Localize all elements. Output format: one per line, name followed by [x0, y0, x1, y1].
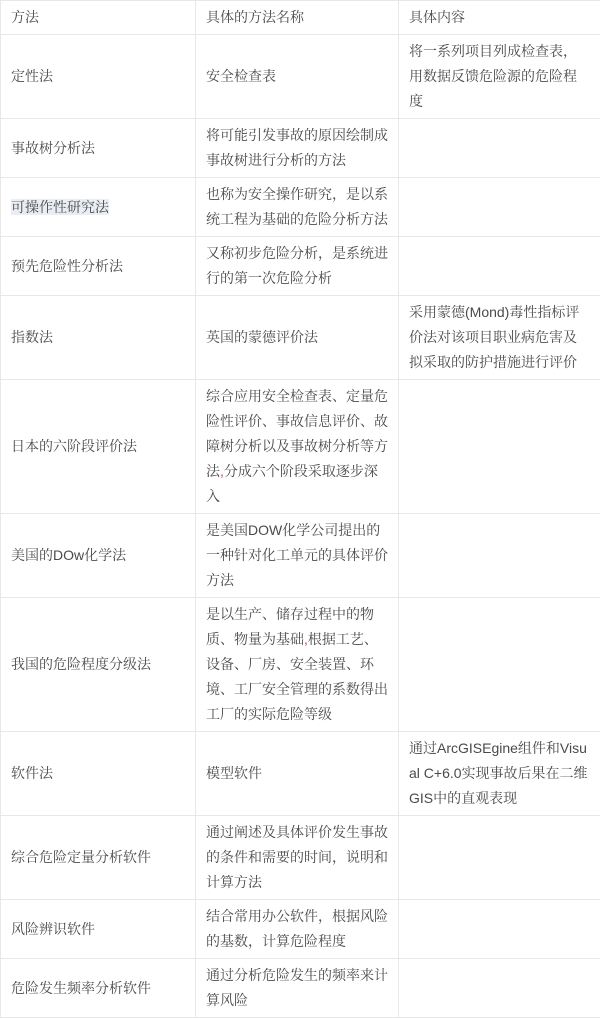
cell-method: 软件法: [1, 732, 196, 816]
cell-method: 事故树分析法: [1, 119, 196, 178]
table-row: 事故树分析法将可能引发事故的原因绘制成事故树进行分析的方法: [1, 119, 600, 178]
cell-method: 危险发生频率分析软件: [1, 959, 196, 1018]
header-content: 具体内容: [399, 1, 600, 35]
cell-method: 美国的DOw化学法: [1, 514, 196, 598]
cell-content: [399, 959, 600, 1018]
table-row: 我国的危险程度分级法是以生产、储存过程中的物质、物量为基础,根据工艺、设备、厂房…: [1, 598, 600, 732]
cell-content: [399, 119, 600, 178]
table-row: 可操作性研究法也称为安全操作研究，是以系统工程为基础的危险分析方法: [1, 178, 600, 237]
table-body: 定性法安全检查表将一系列项目列成检查表，用数据反馈危险源的危险程度事故树分析法将…: [1, 35, 600, 1018]
table-row: 日本的六阶段评价法综合应用安全检查表、定量危险性评价、事故信息评价、故障树分析以…: [1, 380, 600, 514]
cell-content: [399, 380, 600, 514]
cell-content: [399, 900, 600, 959]
cell-method-name: 安全检查表: [196, 35, 399, 119]
table-header-row: 方法 具体的方法名称 具体内容: [1, 1, 600, 35]
table-row: 综合危险定量分析软件通过阐述及具体评价发生事故的条件和需要的时间，说明和计算方法: [1, 816, 600, 900]
cell-content: 通过ArcGISEgine组件和Visual C+6.0实现事故后果在二维GIS…: [399, 732, 600, 816]
table-row: 软件法模型软件通过ArcGISEgine组件和Visual C+6.0实现事故后…: [1, 732, 600, 816]
cell-content: [399, 598, 600, 732]
cell-method-name: 又称初步危险分析，是系统进行的第一次危险分析: [196, 237, 399, 296]
cell-method-name: 模型软件: [196, 732, 399, 816]
cell-method-name: 通过分析危险发生的频率来计算风险: [196, 959, 399, 1018]
cell-method-name: 将可能引发事故的原因绘制成事故树进行分析的方法: [196, 119, 399, 178]
cell-method: 日本的六阶段评价法: [1, 380, 196, 514]
table-row: 美国的DOw化学法是美国DOW化学公司提出的一种针对化工单元的具体评价方法: [1, 514, 600, 598]
cell-method: 定性法: [1, 35, 196, 119]
cell-method: 综合危险定量分析软件: [1, 816, 196, 900]
highlighted-text: 可操作性研究法: [11, 199, 109, 215]
cell-method: 指数法: [1, 296, 196, 380]
table-row: 风险辨识软件结合常用办公软件，根据风险的基数，计算危险程度: [1, 900, 600, 959]
cell-content: [399, 237, 600, 296]
cell-content: 采用蒙德(Mond)毒性指标评价法对该项目职业病危害及拟采取的防护措施进行评价: [399, 296, 600, 380]
cell-method: 预先危险性分析法: [1, 237, 196, 296]
table-row: 定性法安全检查表将一系列项目列成检查表，用数据反馈危险源的危险程度: [1, 35, 600, 119]
cell-method-name: 是美国DOW化学公司提出的一种针对化工单元的具体评价方法: [196, 514, 399, 598]
cell-method-name: 结合常用办公软件，根据风险的基数，计算危险程度: [196, 900, 399, 959]
cell-text: 分成六个阶段采取逐步深入: [206, 463, 378, 504]
cell-method-name: 也称为安全操作研究，是以系统工程为基础的危险分析方法: [196, 178, 399, 237]
header-method-name: 具体的方法名称: [196, 1, 399, 35]
cell-method-name: 综合应用安全检查表、定量危险性评价、事故信息评价、故障树分析以及事故树分析等方法…: [196, 380, 399, 514]
cell-content: [399, 514, 600, 598]
cell-method: 可操作性研究法: [1, 178, 196, 237]
table-row: 预先危险性分析法又称初步危险分析，是系统进行的第一次危险分析: [1, 237, 600, 296]
table-row: 危险发生频率分析软件通过分析危险发生的频率来计算风险: [1, 959, 600, 1018]
cell-content: [399, 178, 600, 237]
cell-content: [399, 816, 600, 900]
safety-methods-table: 方法 具体的方法名称 具体内容 定性法安全检查表将一系列项目列成检查表，用数据反…: [0, 0, 600, 1018]
cell-method: 我国的危险程度分级法: [1, 598, 196, 732]
table-row: 指数法英国的蒙德评价法采用蒙德(Mond)毒性指标评价法对该项目职业病危害及拟采…: [1, 296, 600, 380]
cell-method: 风险辨识软件: [1, 900, 196, 959]
header-method: 方法: [1, 1, 196, 35]
cell-method-name: 是以生产、储存过程中的物质、物量为基础,根据工艺、设备、厂房、安全装置、环境、工…: [196, 598, 399, 732]
cell-content: 将一系列项目列成检查表，用数据反馈危险源的危险程度: [399, 35, 600, 119]
cell-method-name: 通过阐述及具体评价发生事故的条件和需要的时间，说明和计算方法: [196, 816, 399, 900]
cell-method-name: 英国的蒙德评价法: [196, 296, 399, 380]
